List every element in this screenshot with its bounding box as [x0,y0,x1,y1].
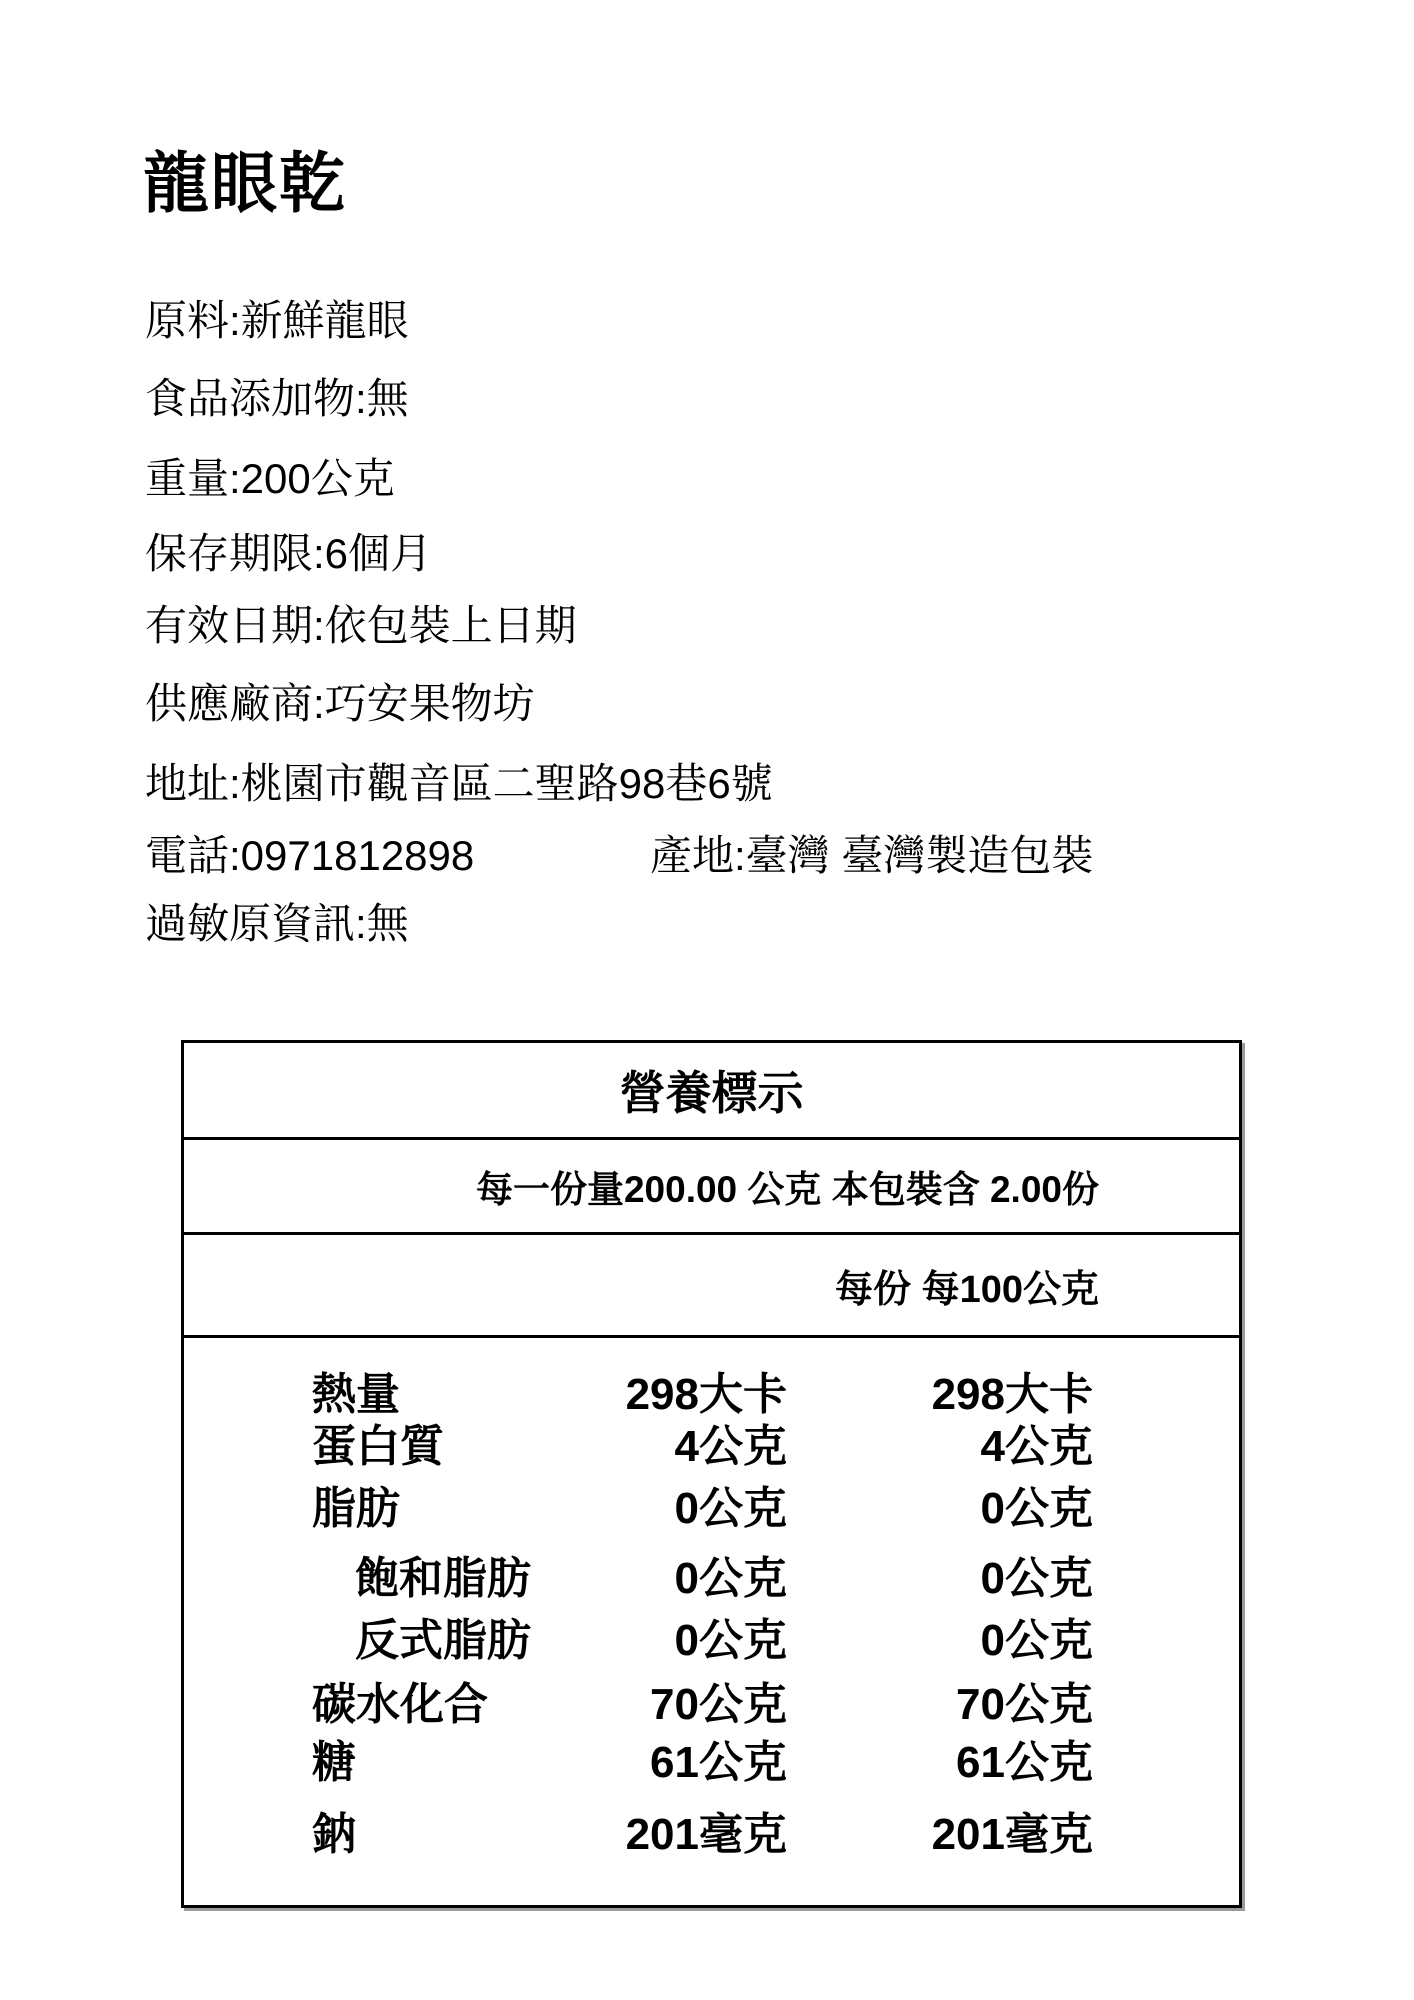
nutrient-name: 鈉 [312,1813,356,1857]
nutrition-row-fat: 脂肪 0公克 0公克 [184,1487,1239,1537]
nutrient-name: 反式脂肪 [355,1619,531,1663]
per-serving-value: 201毫克 [626,1813,787,1857]
per-100g-value: 70公克 [956,1683,1093,1727]
info-line-weight: 重量:200公克 [145,458,395,500]
nutrition-row-trans-fat: 反式脂肪 0公克 0公克 [184,1619,1239,1669]
per-serving-value: 0公克 [675,1619,787,1663]
nutrition-row-sugar: 糖 61公克 61公克 [184,1741,1239,1791]
info-line-address: 地址:桃園市觀音區二聖路98巷6號 [145,763,773,805]
info-line-shelf-life: 保存期限:6個月 [145,533,432,575]
info-line-expiry: 有效日期:依包裝上日期 [145,605,577,647]
info-line-contact: 電話:0971812898 產地:臺灣 臺灣製造包裝 [145,835,474,877]
nutrient-name: 碳水化合 [312,1683,488,1727]
nutrition-row-calories: 熱量 298大卡 298大卡 [184,1373,1239,1423]
nutrient-name: 糖 [312,1741,356,1785]
per-serving-value: 298大卡 [626,1373,787,1417]
per-100g-value: 0公克 [981,1487,1093,1531]
per-serving-value: 70公克 [650,1683,787,1727]
product-label-page: 龍眼乾 原料:新鮮龍眼 食品添加物:無 重量:200公克 保存期限:6個月 有效… [0,0,1414,2000]
per-100g-value: 61公克 [956,1741,1093,1785]
phone-text: 電話:0971812898 [145,832,474,879]
per-100g-value: 4公克 [981,1425,1093,1469]
per-100g-value: 298大卡 [932,1373,1093,1417]
per-serving-value: 0公克 [675,1557,787,1601]
nutrition-table-title: 營養標示 [184,1043,1239,1140]
per-100g-value: 0公克 [981,1557,1093,1601]
nutrition-row-sodium: 鈉 201毫克 201毫克 [184,1813,1239,1863]
origin-text: 產地:臺灣 臺灣製造包裝 [650,835,1093,877]
nutrient-name: 脂肪 [312,1487,400,1531]
nutrition-row-saturated-fat: 飽和脂肪 0公克 0公克 [184,1557,1239,1607]
nutrition-row-carbohydrate: 碳水化合 70公克 70公克 [184,1683,1239,1733]
info-line-supplier: 供應廠商:巧安果物坊 [145,683,535,725]
per-serving-value: 0公克 [675,1487,787,1531]
per-100g-value: 201毫克 [932,1813,1093,1857]
nutrient-name: 飽和脂肪 [355,1557,531,1601]
per-serving-value: 4公克 [675,1425,787,1469]
nutrient-name: 蛋白質 [312,1425,444,1469]
serving-info-line: 每一份量200.00 公克 本包裝含 2.00份 [184,1140,1239,1235]
info-line-additives: 食品添加物:無 [145,378,409,420]
nutrient-name: 熱量 [312,1373,400,1417]
nutrition-table: 營養標示 每一份量200.00 公克 本包裝含 2.00份 每份 每100公克 … [181,1040,1242,1908]
info-line-allergen: 過敏原資訊:無 [145,903,409,945]
per-serving-value: 61公克 [650,1741,787,1785]
per-100g-value: 0公克 [981,1619,1093,1663]
info-line-ingredients: 原料:新鮮龍眼 [145,300,409,342]
product-title: 龍眼乾 [143,150,347,216]
column-headers-line: 每份 每100公克 [184,1235,1239,1338]
nutrition-row-protein: 蛋白質 4公克 4公克 [184,1425,1239,1475]
